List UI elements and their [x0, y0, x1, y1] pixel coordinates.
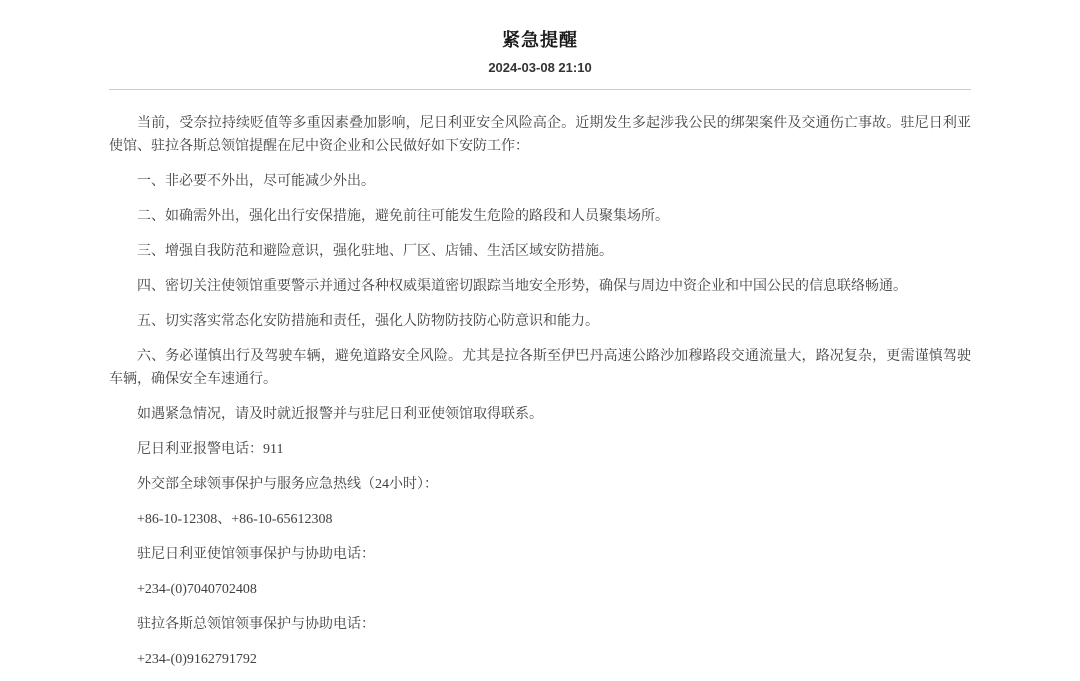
police-phone-line: 尼日利亚报警电话：911	[109, 438, 971, 461]
article-paragraph: 三、增强自我防范和避险意识，强化驻地、厂区、店铺、生活区域安防措施。	[109, 240, 971, 263]
notice-body: 当前，受奈拉持续贬值等多重因素叠加影响，尼日利亚安全风险高企。近期发生多起涉我公…	[109, 112, 971, 671]
article-paragraph: 二、如确需外出，强化出行安保措施，避免前往可能发生危险的路段和人员聚集场所。	[109, 205, 971, 228]
page-title: 紧急提醒	[109, 26, 971, 52]
notice-page: 紧急提醒 2024-03-08 21:10 当前，受奈拉持续贬值等多重因素叠加影…	[109, 26, 971, 671]
article-paragraph: 如遇紧急情况，请及时就近报警并与驻尼日利亚使领馆取得联系。	[109, 403, 971, 426]
article-paragraph: 五、切实落实常态化安防措施和责任，强化人防物防技防心防意识和能力。	[109, 310, 971, 333]
embassy-phone-label: 驻尼日利亚使馆领事保护与协助电话：	[109, 543, 971, 566]
publish-date: 2024-03-08 21:10	[109, 60, 971, 75]
article-paragraph: 六、务必谨慎出行及驾驶车辆，避免道路安全风险。尤其是拉各斯至伊巴丹高速公路沙加穆…	[109, 345, 971, 391]
article-paragraph: 四、密切关注使领馆重要警示并通过各种权威渠道密切跟踪当地安全形势，确保与周边中资…	[109, 275, 971, 298]
divider	[109, 89, 971, 90]
mfa-hotline-label: 外交部全球领事保护与服务应急热线（24小时）：	[109, 473, 971, 496]
consulate-phone-label: 驻拉各斯总领馆领事保护与协助电话：	[109, 613, 971, 636]
article-paragraph: 当前，受奈拉持续贬值等多重因素叠加影响，尼日利亚安全风险高企。近期发生多起涉我公…	[109, 112, 971, 158]
embassy-phone-number: +234-(0)7040702408	[109, 578, 971, 601]
consulate-phone-number: +234-(0)9162791792	[109, 648, 971, 671]
mfa-hotline-numbers: +86-10-12308、+86-10-65612308	[109, 508, 971, 531]
article-paragraph: 一、非必要不外出，尽可能减少外出。	[109, 170, 971, 193]
